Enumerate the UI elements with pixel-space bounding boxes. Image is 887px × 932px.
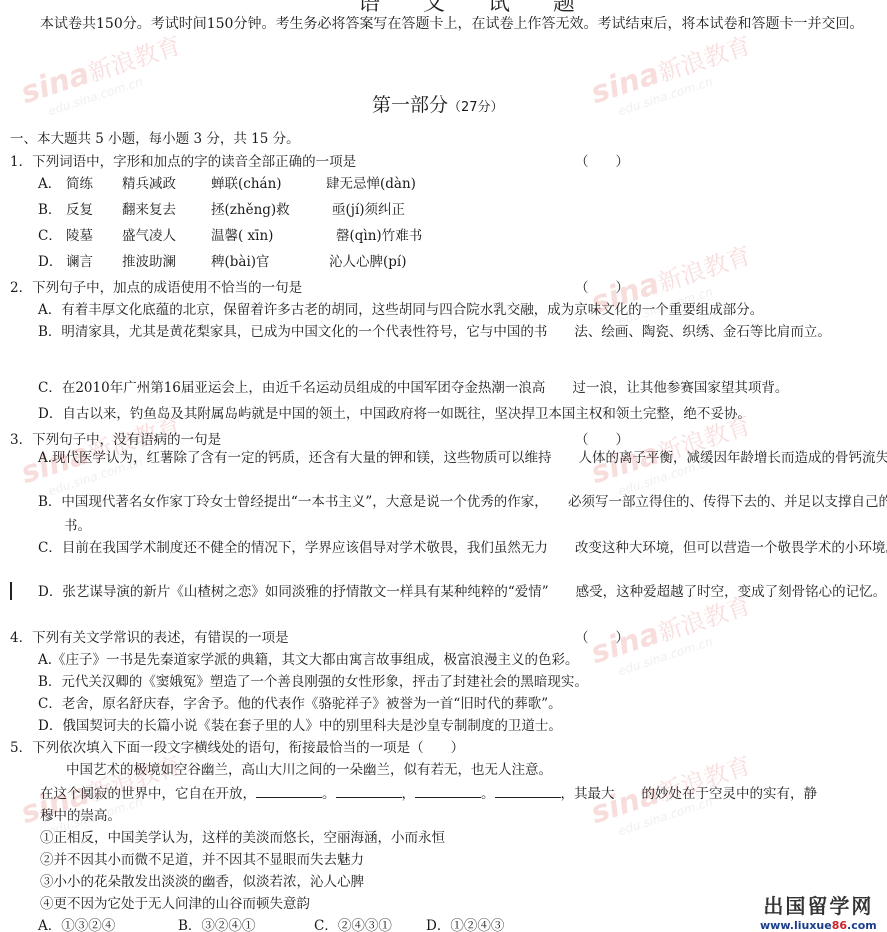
option-word: 盛气凌人 [122,224,176,244]
choice-c: C．②④③① [314,914,392,932]
question-3-option-c: C．目前在我国学术制度还不健全的情况下，学界应该倡导对学术敬畏，我们虽然无力 改… [38,536,887,560]
question-1-option-c: C． [38,224,62,244]
watermark: sina新浪教育edu.sina.com.cn [16,26,189,125]
question-1-option-b: B． [38,198,61,218]
answer-blank[interactable]: （ ） [575,276,629,296]
option-word: 罄(qìn)竹难书 [336,224,422,244]
option-word: 稗(bài)官 [211,250,270,270]
question-2-option-b: B．明清家具，尤其是黄花梨家具，已成为中国文化的一个代表性符号，它与中国的书 法… [38,320,887,344]
site-url: www.liuxue86.com [760,919,877,932]
fill-blank-2[interactable] [336,785,402,798]
fill-blank-4[interactable] [495,785,561,798]
question-4-option-b: B．元代关汉卿的《窦娥冤》塑造了一个善良刚强的女性形象，抨击了封建社会的黑暗现实… [38,670,588,690]
question-4-option-c: C．老舍，原名舒庆春，字舍予。他的代表作《骆驼祥子》被誉为一首“旧时代的葬歌”。 [38,692,562,712]
fill-blank-3[interactable] [415,785,481,798]
sentence-4: ④更不因为它处于无人问津的山谷而顿失意韵 [40,892,310,912]
sentence-3: ③小小的花朵散发出淡淡的幽香，似淡若浓，沁人心脾 [40,870,364,890]
question-2-stem: 2．下列句子中，加点的成语使用不恰当的一句是 [10,276,302,296]
option-word: 陵墓 [66,224,93,244]
option-word: 沁人心脾(pí) [329,250,407,270]
option-word: 推波助澜 [122,250,176,270]
passage-line-2: 在这个阒寂的世界中，它自在开放，。，。，其最大 的妙处在于空灵中的实有，静 [40,782,817,802]
exam-instructions: 本试卷共150分。考试时间150分钟。考生务必将答案写在答题卡上，在试卷上作答无… [10,12,878,37]
question-1-option-d: D． [38,250,62,270]
option-word: 蝉联(chán) [211,172,282,192]
question-1-stem: 1．下列词语中，字形和加点的字的读音全部正确的一项是 [10,150,356,170]
watermark: sina新浪教育edu.sina.com.cn [586,26,759,125]
choice-a: A．①③②④ [38,914,115,932]
question-4-stem: 4．下列有关文学常识的表述，有错误的一项是 [10,626,289,646]
passage-line-1: 中国艺术的极境如空谷幽兰，高山大川之间的一朵幽兰，似有若无，也无人注意。 [66,758,552,778]
option-word: 拯(zhěng)救 [211,198,290,218]
option-word: 亟(jí)须纠正 [332,198,405,218]
option-word: 谰言 [66,250,93,270]
answer-blank[interactable]: （ ） [575,428,629,448]
question-3-stem: 3．下列句子中，没有语病的一句是 [10,428,221,448]
question-2-option-c: C．在2010年广州第16届亚运会上，由近千名运动员组成的中国军团夺金热潮一浪高… [38,376,788,396]
text-cursor [10,582,12,600]
question-4-option-a: A.《庄子》一书是先秦道家学派的典籍，其文大都由寓言故事组成，极富浪漫主义的色彩… [38,648,579,668]
question-3-option-a: A.现代医学认为，红薯除了含有一定的钙质，还含有大量的钾和镁，这些物质可以维持 … [38,446,887,470]
question-3-option-d: D．张艺谋导演的新片《山楂树之恋》如同淡雅的抒情散文一样具有某种纯粹的“爱情” … [38,580,887,604]
option-word: 翻来复去 [122,198,176,218]
choice-d: D．①②④③ [426,914,504,932]
choice-b: B．③②④① [178,914,255,932]
question-2-option-d: D．自古以来，钓鱼岛及其附属岛屿就是中国的领土，中国政府将一如既往，坚决捍卫本国… [38,402,751,422]
option-word: 反复 [66,198,93,218]
answer-blank[interactable]: （ ） [575,150,629,170]
question-1-option-a: A． [38,172,61,192]
fill-blank-1[interactable] [256,785,322,798]
question-2-option-a: A．有着丰厚文化底蕴的北京，保留着许多古老的胡同，这些胡同与四合院水乳交融，成为… [38,298,763,318]
part-title: 第一部分（27分） [372,90,504,117]
option-word: 温馨( xīn) [211,224,273,244]
option-word: 简练 [66,172,93,192]
passage-line-3: 穆中的崇高。 [40,804,121,824]
question-3-option-b: B．中国现代著名女作家丁玲女士曾经提出“一本书主义”，大意是说一个优秀的作家， … [38,490,887,538]
answer-blank[interactable]: （ ） [575,626,629,646]
sentence-2: ②并不因其小而微不足道，并不因其不显眼而失去魅力 [40,848,364,868]
site-logo: 出国留学网 www.liuxue86.com [760,890,877,932]
question-4-option-d: D．俄国契诃夫的长篇小说《装在套子里的人》中的别里科夫是沙皇专制制度的卫道士。 [38,714,562,734]
option-word: 肆无忌惮(dàn) [326,172,416,192]
section-heading: 一、本大题共 5 小题，每小题 3 分，共 15 分。 [10,127,300,147]
sentence-1: ①正相反，中国美学认为，这样的美淡而悠长，空丽海涵，小而永恒 [40,826,445,846]
option-word: 精兵减政 [122,172,176,192]
question-5-stem: 5．下列依次填入下面一段文字横线处的语句，衔接最恰当的一项是（ ） [10,736,464,756]
